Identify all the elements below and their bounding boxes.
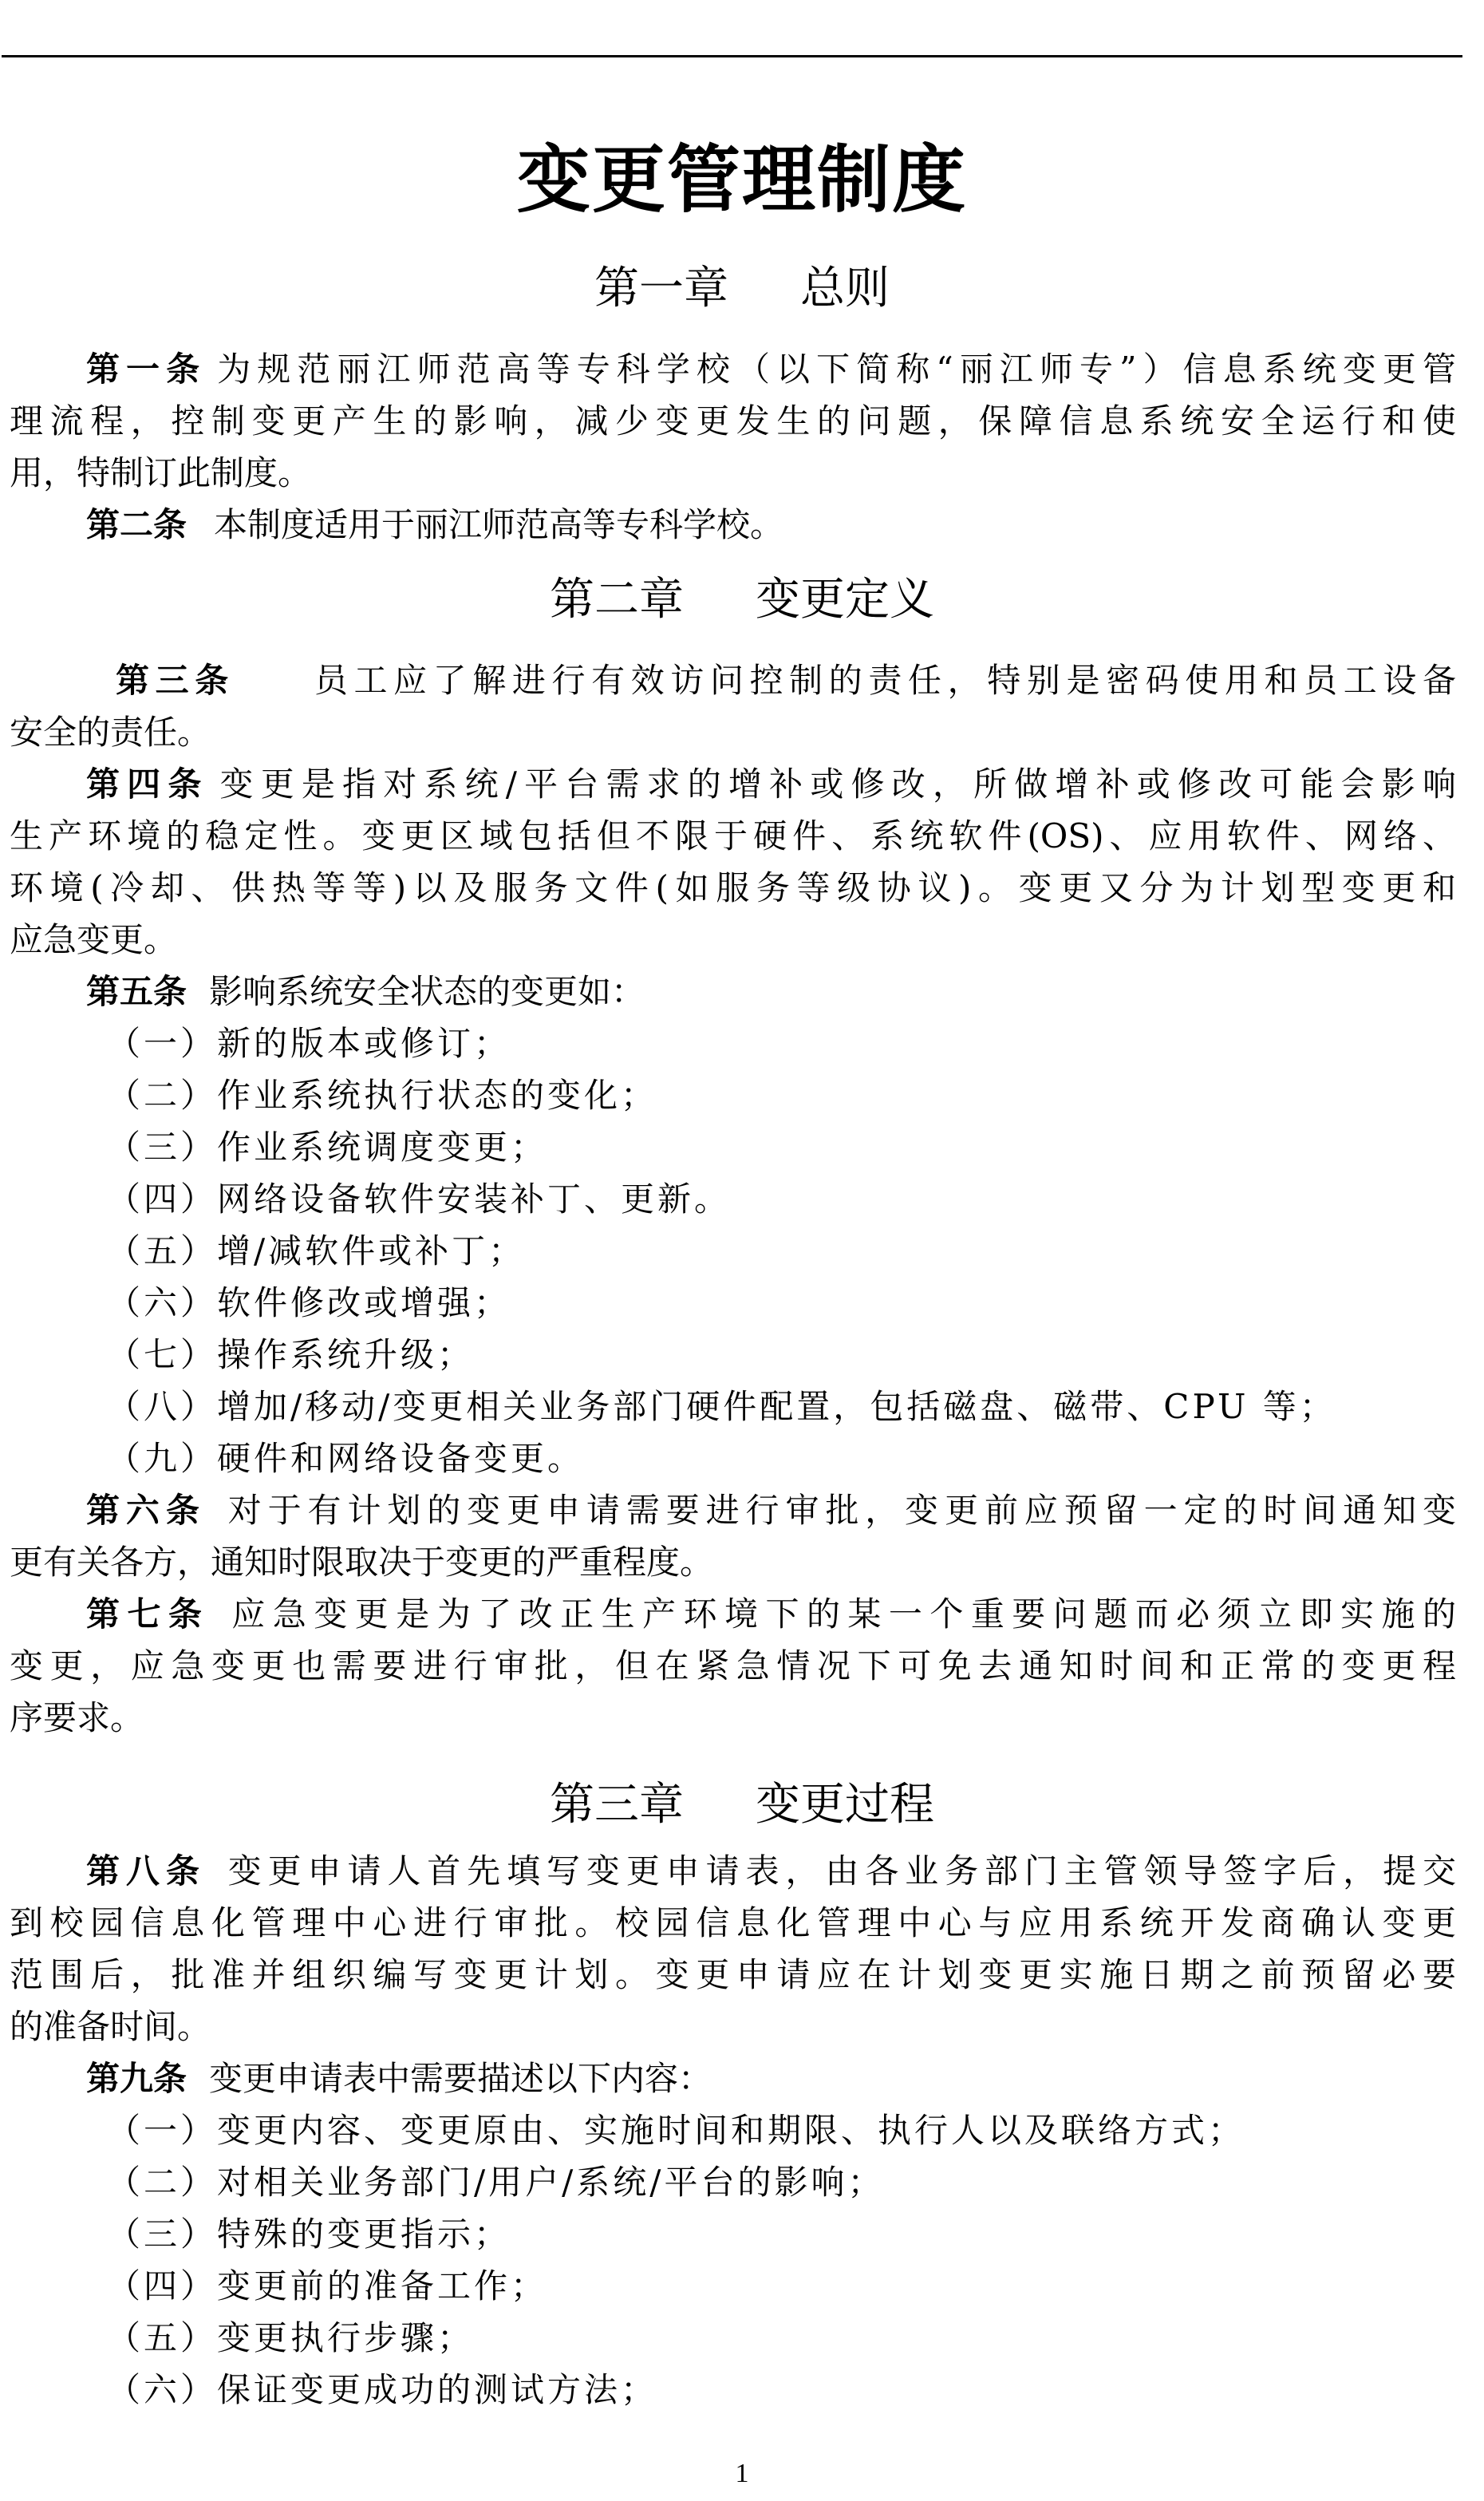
article-text: 变更申请表中需要描述以下内容： [209, 2059, 712, 2098]
page-number: 1 [718, 2456, 766, 2491]
article-text: 本制度适用于丽江师范高等专科学校。 [214, 505, 783, 544]
chapter-name: 变更定义 [756, 574, 934, 626]
list-item: （四）变更前的准备工作； [107, 2260, 1456, 2312]
list-item: （二）对相关业务部门/用户/系统/平台的影响； [107, 2156, 1456, 2208]
list-item: （八）增加/移动/变更相关业务部门硬件配置，包括磁盘、磁带、CPU 等； [107, 1381, 1456, 1432]
chapter-heading-3: 第三章变更过程 [0, 1773, 1484, 1837]
chapter-number: 第二章 [550, 574, 684, 626]
header-rule [2, 55, 1462, 57]
list-item: （七）操作系统升级； [107, 1329, 1456, 1381]
article-line: 第二条本制度适用于丽江师范高等专科学校。 [86, 499, 1456, 551]
article-text: 变更申请人首先填写变更申请表，由各业务部门主管领导签字后，提交 [228, 1851, 1456, 1891]
article-line: 第九条变更申请表中需要描述以下内容： [86, 2053, 1456, 2104]
chapter-number: 第三章 [550, 1779, 684, 1831]
article-label: 第九条 [86, 2059, 187, 2098]
article-line: 第六条对于有计划的变更申请需要进行审批，变更前应预留一定的时间通知变 [86, 1484, 1456, 1536]
article-line: 第一条为规范丽江师范高等专科学校（以下简称“丽江师专”）信息系统变更管 [86, 343, 1456, 395]
article-line: 序要求。 [10, 1692, 1456, 1744]
article-text: 变更是指对系统/平台需求的增补或修改，所做增补或修改可能会影响 [220, 765, 1456, 804]
article-line: 环境(冷却、供热等等)以及服务文件(如服务等级协议)。变更又分为计划型变更和 [10, 862, 1456, 914]
article-label: 第三条 [116, 661, 235, 700]
list-item: （五）增/减软件或补丁； [107, 1225, 1456, 1277]
article-label: 第一条 [86, 350, 206, 389]
list-item: （一）新的版本或修订； [107, 1017, 1456, 1069]
article-line: 的准备时间。 [10, 2001, 1456, 2053]
list-item: （三）作业系统调度变更； [107, 1121, 1456, 1173]
list-item: （二）作业系统执行状态的变化； [107, 1069, 1456, 1121]
article-text: 对于有计划的变更申请需要进行审批，变更前应预留一定的时间通知变 [228, 1491, 1456, 1530]
article-line: 生产环境的稳定性。变更区域包括但不限于硬件、系统软件(OS)、应用软件、网络、 [10, 810, 1456, 862]
article-line: 第八条变更申请人首先填写变更申请表，由各业务部门主管领导签字后，提交 [86, 1845, 1456, 1897]
article-line: 第七条应急变更是为了改正生产环境下的某一个重要问题而必须立即实施的 [86, 1588, 1456, 1640]
list-item: （四）网络设备软件安装补丁、更新。 [107, 1173, 1456, 1225]
chapter-number: 第一章 [594, 263, 728, 314]
list-item: （一）变更内容、变更原由、实施时间和期限、执行人以及联络方式； [107, 2104, 1456, 2156]
chapter-name: 总则 [800, 263, 890, 314]
article-label: 第六条 [86, 1491, 206, 1530]
article-line: 理流程，控制变更产生的影响，减少变更发生的问题，保障信息系统安全运行和使 [10, 395, 1456, 447]
article-line: 安全的责任。 [10, 706, 1456, 758]
article-text: 员工应了解进行有效访问控制的责任，特别是密码使用和员工设备 [314, 661, 1456, 700]
article-label: 第五条 [86, 972, 187, 1011]
list-item: （九）硬件和网络设备变更。 [107, 1432, 1456, 1484]
article-text: 影响系统安全状态的变更如： [209, 972, 645, 1011]
article-label: 第八条 [86, 1851, 206, 1891]
list-item: （三）特殊的变更指示； [107, 2208, 1456, 2260]
article-line: 第三条员工应了解进行有效访问控制的责任，特别是密码使用和员工设备 [116, 654, 1456, 706]
article-label: 第四条 [86, 765, 209, 804]
article-line: 应急变更。 [10, 914, 1456, 966]
article-text: 应急变更是为了改正生产环境下的某一个重要问题而必须立即实施的 [231, 1594, 1456, 1634]
article-line: 范围后，批准并组织编写变更计划。变更申请应在计划变更实施日期之前预留必要 [10, 1949, 1456, 2001]
article-text: 为规范丽江师范高等专科学校（以下简称“丽江师专”）信息系统变更管 [217, 350, 1456, 389]
chapter-name: 变更过程 [756, 1779, 934, 1831]
article-line: 用，特制订此制度。 [10, 447, 1456, 499]
article-line: 到校园信息化管理中心进行审批。校园信息化管理中心与应用系统开发商确认变更 [10, 1897, 1456, 1949]
article-label: 第二条 [86, 505, 187, 544]
chapter-heading-2: 第二章变更定义 [0, 568, 1484, 632]
list-item: （六）保证变更成功的测试方法； [107, 2364, 1456, 2416]
chapter-heading-1: 第一章总则 [0, 257, 1484, 321]
article-line: 第四条变更是指对系统/平台需求的增补或修改，所做增补或修改可能会影响 [86, 758, 1456, 810]
document-title: 变更管理制度 [0, 128, 1484, 231]
list-item: （五）变更执行步骤； [107, 2312, 1456, 2364]
article-line: 更有关各方，通知时限取决于变更的严重程度。 [10, 1536, 1456, 1588]
list-item: （六）软件修改或增强； [107, 1277, 1456, 1329]
article-line: 第五条影响系统安全状态的变更如： [86, 966, 1456, 1017]
article-label: 第七条 [86, 1594, 209, 1634]
document-page: 变更管理制度 第一章总则 第一条为规范丽江师范高等专科学校（以下简称“丽江师专”… [0, 0, 1484, 2501]
article-line: 变更，应急变更也需要进行审批，但在紧急情况下可免去通知时间和正常的变更程 [10, 1640, 1456, 1692]
